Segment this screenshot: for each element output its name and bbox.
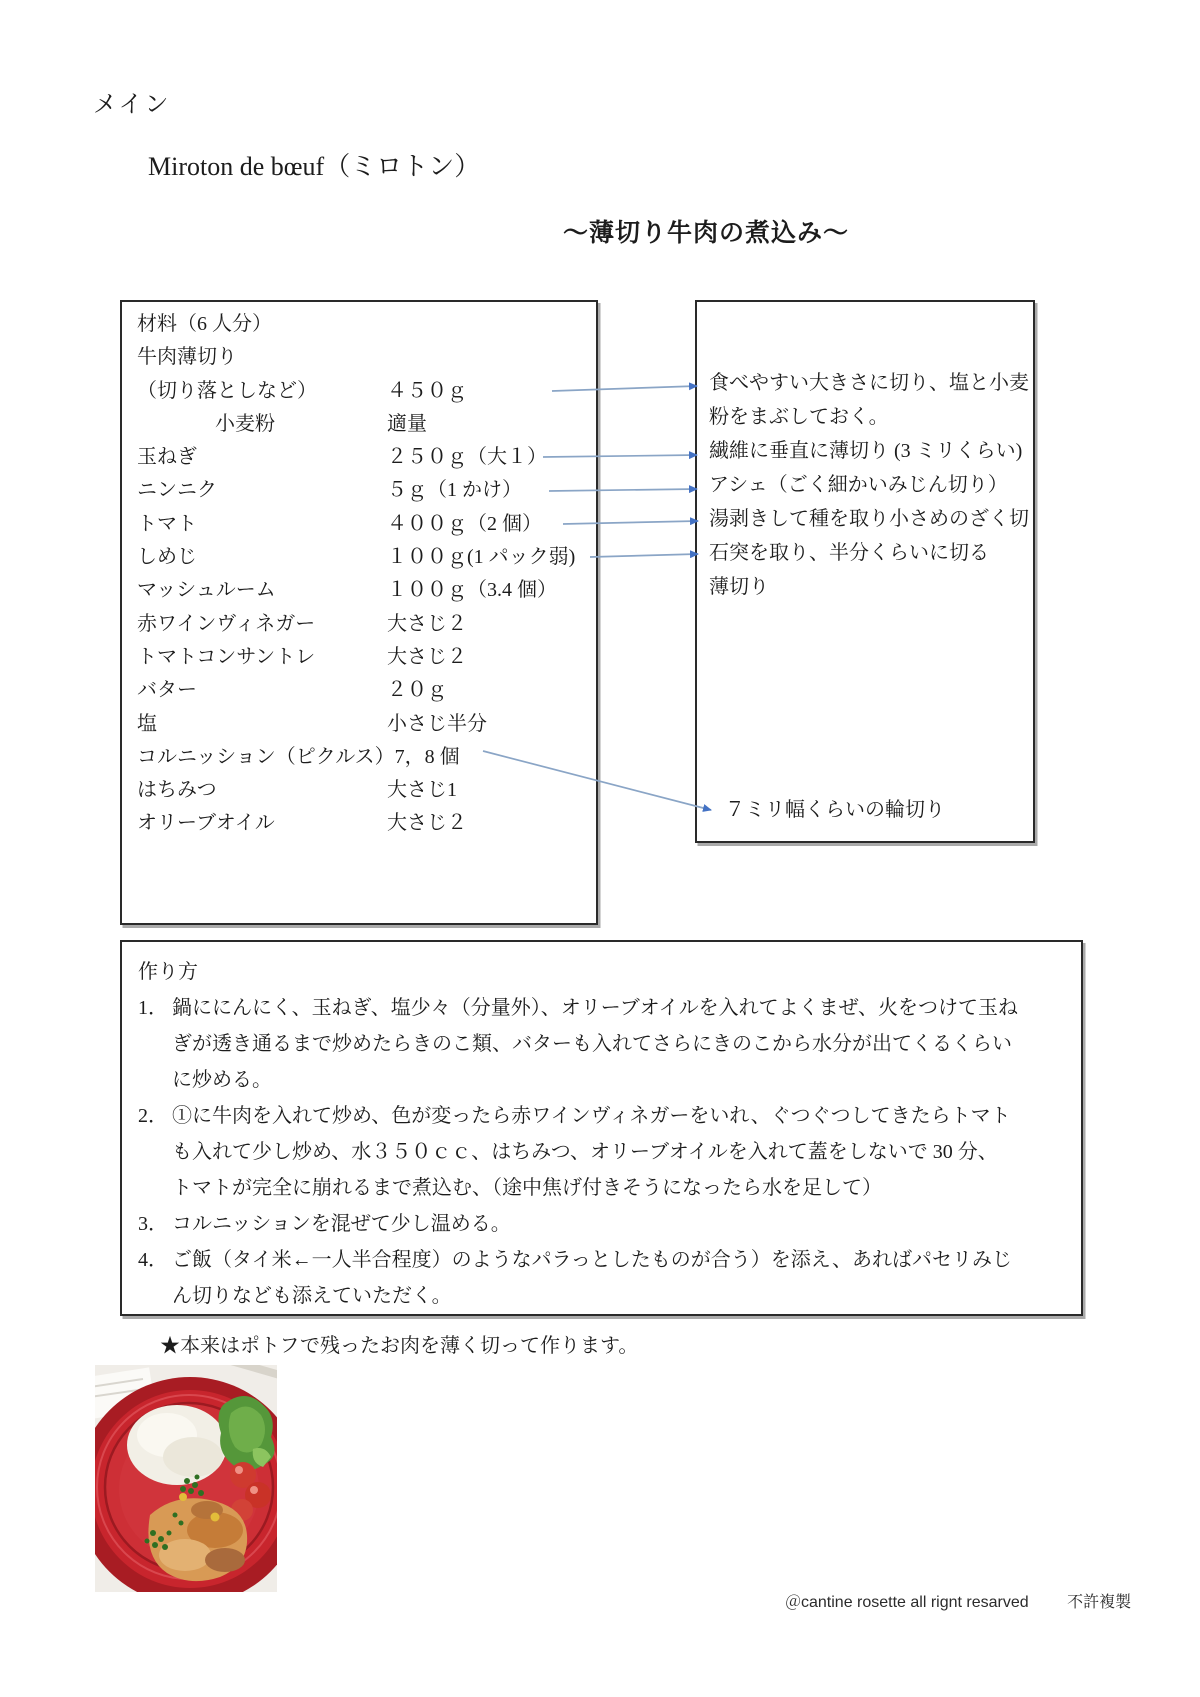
ingredient-row: 玉ねぎ ２５０ｇ（大１） [122, 441, 596, 474]
dish-photo [95, 1365, 277, 1592]
direction-step: 3． コルニッションを混ぜて少し温める。 [130, 1206, 1081, 1242]
credit-text: ＠cantine rosette all rignt resarved [785, 1594, 1029, 1611]
step-text: ぎが透き通るまで炒めたらきのこ類、バターも入れてさらにきのこから水分が出てくるく… [172, 1026, 1081, 1062]
ingredient-name: 小麦粉 [137, 408, 387, 441]
ingredient-name: バター [137, 674, 387, 707]
prep-notes-box: 食べやすい大きさに切り、塩と小麦 粉をまぶしておく。 繊維に垂直に薄切り (3 … [695, 300, 1035, 843]
ingredient-row: バター ２０ｇ [122, 674, 596, 707]
ingredient-name: 牛肉薄切り [137, 341, 387, 374]
step-number: 4． [130, 1242, 172, 1314]
step-text: に炒める。 [172, 1062, 1081, 1098]
ingredient-name: オリーブオイル [137, 807, 387, 840]
ingredient-row: しめじ １００ｇ(1 パック弱) [122, 541, 596, 574]
ingredient-amount: 適量 [387, 408, 427, 441]
ingredient-amount: 7，8 個 [395, 741, 460, 774]
ingredient-row: ニンニク ５ｇ（1 かけ） [122, 474, 596, 507]
step-text: ん切りなども添えていただく。 [172, 1278, 1081, 1314]
recipe-title: Miroton de bœuf（ミロトン） [148, 146, 480, 183]
ingredient-amount: １００ｇ（3.4 個） [387, 574, 557, 607]
ingredient-row: はちみつ 大さじ1 [122, 774, 596, 807]
step-number: 1． [130, 990, 172, 1098]
recipe-page: メイン Miroton de bœuf（ミロトン） ～薄切り牛肉の煮込み～ 材料… [0, 0, 1200, 1697]
ingredient-row: マッシュルーム １００ｇ（3.4 個） [122, 574, 596, 607]
ingredient-row: トマト ４００ｇ（2 個） [122, 508, 596, 541]
ingredient-name: しめじ [137, 541, 387, 574]
directions-title: 作り方 [130, 954, 1081, 990]
prep-note: 繊維に垂直に薄切り (3 ミリくらい) [709, 434, 1033, 468]
rice [127, 1405, 227, 1485]
step-text: 鍋ににんにく、玉ねぎ、塩少々（分量外）、オリーブオイルを入れてよくまぜ、火をつけ… [172, 990, 1081, 1026]
ingredients-header-row: 材料（6 人分） [122, 308, 596, 341]
ingredient-row: コルニッション（ピクルス） 7，8 個 [122, 741, 596, 774]
prep-note: ７ミリ幅くらいの輪切り [725, 793, 945, 827]
page-footer: ＠cantine rosette all rignt resarved 不許複製 [785, 1589, 1131, 1612]
ingredients-box: 材料（6 人分） 牛肉薄切り （切り落としなど） ４５０ｇ 小麦粉 適量 玉ねぎ… [120, 300, 598, 925]
direction-step: 1． 鍋ににんにく、玉ねぎ、塩少々（分量外）、オリーブオイルを入れてよくまぜ、火… [130, 990, 1081, 1098]
ingredient-name: マッシュルーム [137, 574, 387, 607]
recipe-subtitle: ～薄切り牛肉の煮込み～ [563, 213, 849, 249]
ingredient-row: （切り落としなど） ４５０ｇ [122, 375, 596, 408]
ingredient-amount: ４５０ｇ [387, 375, 467, 408]
ingredient-row: オリーブオイル 大さじ２ [122, 807, 596, 840]
ingredients-title: 材料（6 人分） [137, 308, 387, 341]
ingredient-name: トマト [137, 508, 387, 541]
ingredient-name: 塩 [137, 708, 387, 741]
category-label: メイン [93, 84, 171, 119]
step-number: 3． [130, 1206, 172, 1242]
ingredient-row: 小麦粉 適量 [122, 408, 596, 441]
prep-note: 石突を取り、半分くらいに切る [709, 536, 1033, 570]
ingredient-amount: ４００ｇ（2 個） [387, 508, 542, 541]
ingredient-row: 牛肉薄切り [122, 341, 596, 374]
ingredient-name: コルニッション（ピクルス） [137, 741, 395, 774]
ingredient-amount: 大さじ1 [387, 774, 457, 807]
ingredient-name: トマトコンサントレ [137, 641, 387, 674]
ingredient-name: 玉ねぎ [137, 441, 387, 474]
ingredient-row: トマトコンサントレ 大さじ２ [122, 641, 596, 674]
step-number: 2． [130, 1098, 172, 1206]
direction-step: 2． ①に牛肉を入れて炒め、色が変ったら赤ワインヴィネガーをいれ、ぐつぐつしてき… [130, 1098, 1081, 1206]
no-copy-label: 不許複製 [1067, 1594, 1131, 1611]
ingredient-name: （切り落としなど） [137, 375, 387, 408]
ingredient-amount: ２５０ｇ（大１） [387, 441, 547, 474]
ingredient-amount: 大さじ２ [387, 608, 467, 641]
ingredient-amount: ５ｇ（1 かけ） [387, 474, 522, 507]
prep-note: 湯剥きして種を取り小さめのざく切 [709, 502, 1033, 536]
directions-box: 作り方 1． 鍋ににんにく、玉ねぎ、塩少々（分量外）、オリーブオイルを入れてよく… [120, 940, 1083, 1316]
prep-note: 粉をまぶしておく。 [709, 400, 1033, 434]
prep-note: 食べやすい大きさに切り、塩と小麦 [709, 366, 1033, 400]
ingredient-name: 赤ワインヴィネガー [137, 608, 387, 641]
prep-note: アシェ（ごく細かいみじん切り） [709, 468, 1033, 502]
ingredient-amount: 大さじ２ [387, 641, 467, 674]
footnote: ★本来はポトフで残ったお肉を薄く切って作ります。 [160, 1329, 638, 1358]
step-text: も入れて少し炒め、水３５０ｃｃ、はちみつ、オリーブオイルを入れて蓋をしないで 3… [172, 1134, 1081, 1170]
ingredient-amount: 小さじ半分 [387, 708, 487, 741]
ingredient-name: ニンニク [137, 474, 387, 507]
ingredient-amount: 大さじ２ [387, 807, 467, 840]
prep-note: 薄切り [709, 570, 1033, 604]
step-text: コルニッションを混ぜて少し温める。 [172, 1206, 1081, 1242]
step-text: ご飯（タイ米←一人半合程度）のようなパラっとしたものが合う）を添え、あればパセリ… [172, 1242, 1081, 1278]
ingredient-amount: １００ｇ(1 パック弱) [387, 541, 575, 574]
direction-step: 4． ご飯（タイ米←一人半合程度）のようなパラっとしたものが合う）を添え、あれば… [130, 1242, 1081, 1314]
ingredient-row: 塩 小さじ半分 [122, 708, 596, 741]
step-text: トマトが完全に崩れるまで煮込む、（途中焦げ付きそうになったら水を足して） [172, 1170, 1081, 1206]
ingredient-name: はちみつ [137, 774, 387, 807]
ingredient-row: 赤ワインヴィネガー 大さじ２ [122, 608, 596, 641]
ingredient-amount: ２０ｇ [387, 674, 447, 707]
step-text: ①に牛肉を入れて炒め、色が変ったら赤ワインヴィネガーをいれ、ぐつぐつしてきたらト… [172, 1098, 1081, 1134]
